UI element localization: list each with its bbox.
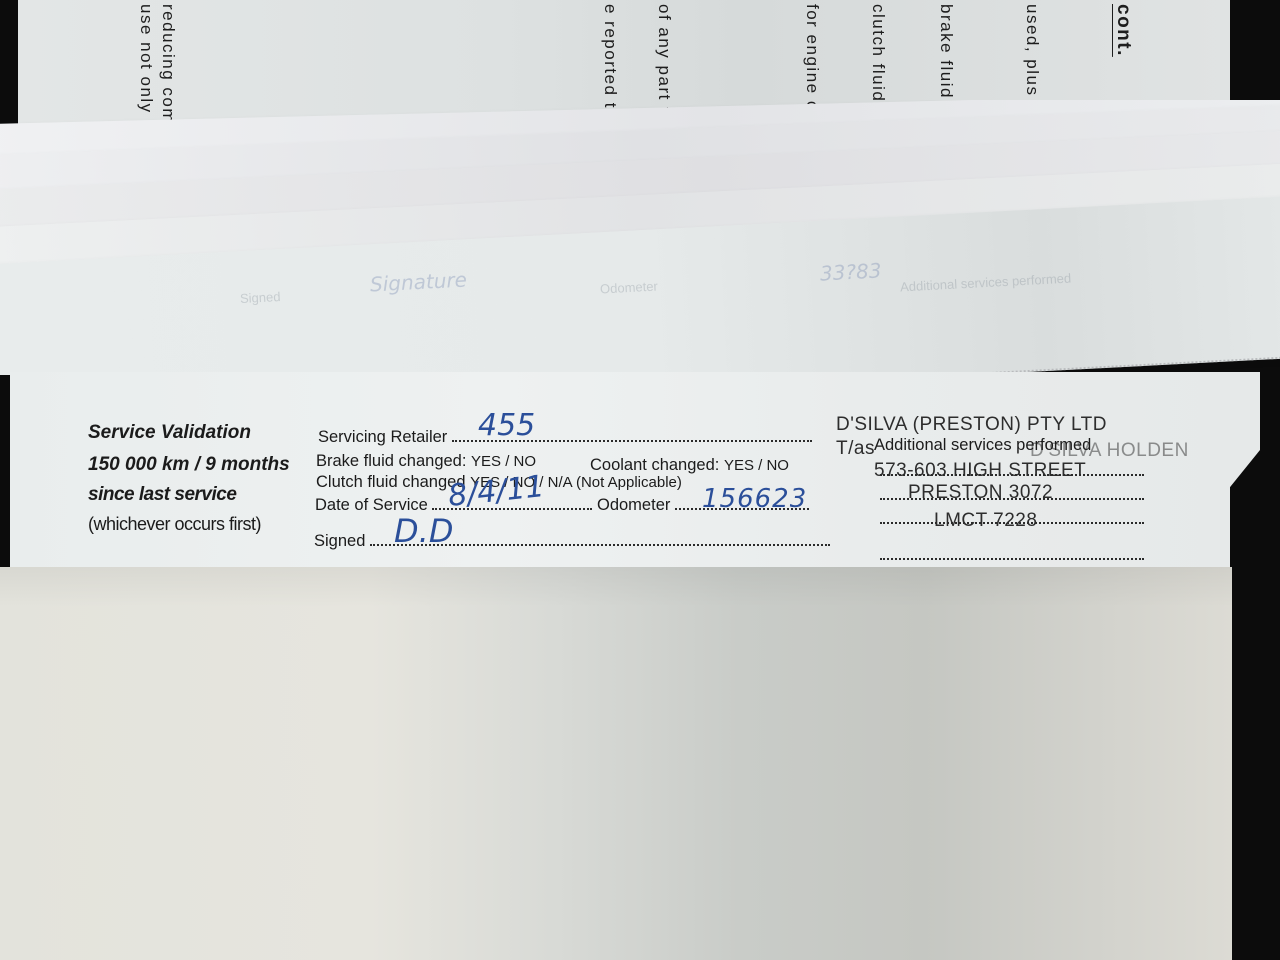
coolant-label: Coolant changed: — [590, 456, 719, 474]
ghost-handwriting: Signature — [369, 267, 467, 296]
since-last-service: since last service — [88, 484, 290, 506]
brake-fluid-field: Brake fluid changed: YES / NO — [316, 452, 536, 471]
whichever-note: (whichever occurs first) — [88, 514, 290, 535]
service-validation-title: Service Validation — [88, 422, 290, 444]
service-interval: 150 000 km / 9 months — [88, 454, 290, 476]
dealer-stamp-tas: T/as — [836, 438, 875, 460]
additional-services-line[interactable] — [880, 498, 1144, 500]
signed-field: Signed — [314, 530, 830, 551]
coolant-options[interactable]: YES / NO — [724, 457, 789, 474]
brake-fluid-label: Brake fluid changed: — [316, 452, 466, 470]
odometer-label: Odometer — [597, 496, 670, 514]
continued-heading: cont. — [1112, 4, 1134, 57]
dealer-stamp-name: D'SILVA (PRESTON) PTY LTD — [836, 414, 1107, 436]
odometer-value[interactable]: 156623 — [702, 484, 807, 514]
service-validation-heading: Service Validation 150 000 km / 9 months… — [88, 422, 290, 535]
blank-page — [0, 567, 1232, 960]
additional-services-line[interactable] — [880, 558, 1144, 560]
additional-services-line[interactable] — [880, 522, 1144, 524]
dealer-stamp-address: 573-603 HIGH STREET — [874, 460, 1086, 482]
additional-services-label: Additional services performed — [874, 436, 1091, 455]
signed-label: Signed — [314, 532, 365, 550]
dealer-stamp-suburb: PRESTON 3072 — [908, 482, 1053, 504]
signed-value[interactable]: D.D — [394, 512, 453, 550]
ghost-label: Signed — [240, 289, 281, 306]
additional-services-line[interactable] — [880, 474, 1144, 476]
ghost-label: Odometer — [600, 278, 659, 296]
servicing-retailer-label: Servicing Retailer — [318, 428, 447, 446]
servicing-retailer-value[interactable]: 455 — [478, 408, 535, 443]
torn-page-stack: Odometer Signed Additional services perf… — [0, 100, 1280, 375]
ghost-handwriting: 33?83 — [819, 258, 882, 285]
clutch-fluid-label: Clutch fluid changed — [316, 473, 466, 491]
dealer-stamp-licence: LMCT 7228 — [934, 510, 1037, 532]
servicing-retailer-field: Servicing Retailer — [318, 426, 812, 447]
service-validation-form: Service Validation 150 000 km / 9 months… — [10, 372, 1230, 569]
brake-fluid-options[interactable]: YES / NO — [471, 453, 536, 470]
